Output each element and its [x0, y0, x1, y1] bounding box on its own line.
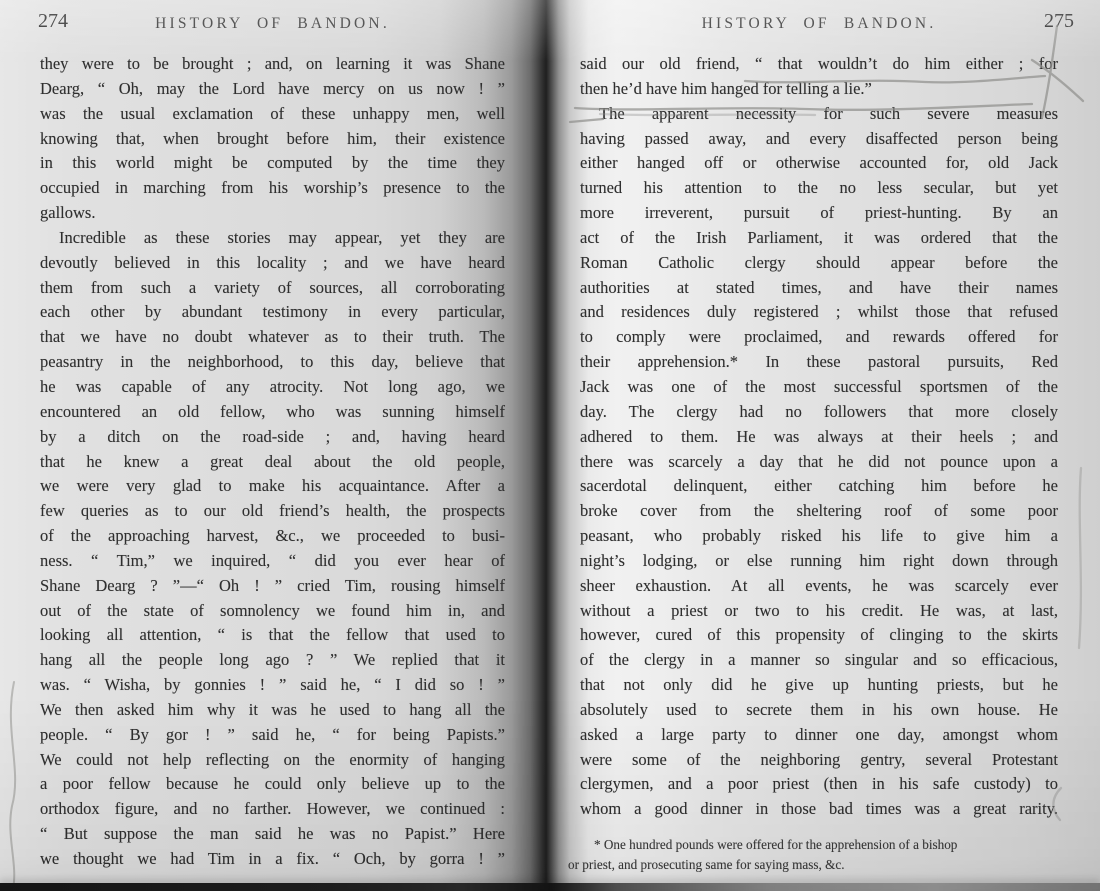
text-line: either hanged off or otherwise accounted… — [580, 151, 1058, 176]
text-line: however, cured of this propensity of cli… — [580, 623, 1058, 648]
text-line: orthodox figure, and no farther. However… — [40, 797, 505, 822]
footnote: * One hundred pounds were offered for th… — [580, 835, 1058, 874]
pencil-margin-line — [1079, 468, 1081, 648]
text-line: having passed away, and every disaffecte… — [580, 127, 1058, 152]
text-line: of the approaching harvest, &c., we proc… — [40, 524, 505, 549]
text-line: night’s lodging, or else running him rig… — [580, 549, 1058, 574]
text-line: encountered an old fellow, who was sunni… — [40, 400, 505, 425]
text-line: absolutely used to secrete them in his o… — [580, 698, 1058, 723]
page-text-right: said our old friend, “ that wouldn’t do … — [580, 52, 1058, 822]
text-line: knowing that, when brought before him, t… — [40, 127, 505, 152]
text-line: authorities at stated times, and have th… — [580, 276, 1058, 301]
text-line: was the usual exclamation of these unhap… — [40, 102, 505, 127]
book-spread: 274 HISTORY OF BANDON. they were to be b… — [0, 0, 1100, 891]
text-line: or priest, and prosecuting same for sayi… — [568, 855, 1058, 875]
text-line: Dearg, “ Oh, may the Lord have mercy on … — [40, 77, 505, 102]
text-line: that we have no doubt whatever as to the… — [40, 325, 505, 350]
text-line: hang all the people long ago ? ” We repl… — [40, 648, 505, 673]
text-line: whom a good dinner in those bad times wa… — [580, 797, 1058, 822]
text-line: adhered to them. He was always at their … — [580, 425, 1058, 450]
text-line: without a priest or two to his credit. H… — [580, 599, 1058, 624]
text-line: we were very glad to make his acquaintan… — [40, 474, 505, 499]
text-line: peasantry in the neighborhood, to this d… — [40, 350, 505, 375]
text-line: they were to be brought ; and, on learni… — [40, 52, 505, 77]
running-title-right: HISTORY OF BANDON. — [580, 15, 1058, 33]
text-line: more irreverent, pursuit of priest-hunti… — [580, 201, 1058, 226]
text-line: out of the state of somnolency we found … — [40, 599, 505, 624]
text-line: asked a large party to dinner one day, a… — [580, 723, 1058, 748]
text-line: said our old friend, “ that wouldn’t do … — [580, 52, 1058, 77]
text-line: Jack was one of the most successful spor… — [580, 375, 1058, 400]
running-title-left: HISTORY OF BANDON. — [40, 15, 505, 33]
text-line: to comply were proclaimed, and rewards o… — [580, 325, 1058, 350]
text-line: sheer exhaustion. At all events, he was … — [580, 574, 1058, 599]
text-line: that he knew a great deal about the old … — [40, 450, 505, 475]
text-line: broke cover from the sheltering roof of … — [580, 499, 1058, 524]
text-line: them from such a variety of sources, all… — [40, 276, 505, 301]
text-line: Roman Catholic clergy should appear befo… — [580, 251, 1058, 276]
text-line: “ But suppose the man said he was no Pap… — [40, 822, 505, 847]
text-line: each other by abundant testimony in ever… — [40, 300, 505, 325]
page-275: 275 HISTORY OF BANDON. said our old frie… — [545, 0, 1100, 891]
text-line: that not only did he give up hunting pri… — [580, 673, 1058, 698]
text-line: devoutly believed in this locality ; and… — [40, 251, 505, 276]
text-line: were some of the neighboring gentry, sev… — [580, 748, 1058, 773]
text-line: and residences duly registered ; whilst … — [580, 300, 1058, 325]
text-line: then he’d have him hanged for telling a … — [580, 77, 1058, 102]
text-line: there was scarcely a day that he did not… — [580, 450, 1058, 475]
text-line: in this world might be computed by the t… — [40, 151, 505, 176]
text-line: We could not help reflecting on the enor… — [40, 748, 505, 773]
text-line: We then asked him why it was he used to … — [40, 698, 505, 723]
text-line: by a ditch on the road-side ; and, havin… — [40, 425, 505, 450]
page-text-left: they were to be brought ; and, on learni… — [40, 52, 505, 872]
text-line: people. “ By gor ! ” said he, “ for bein… — [40, 723, 505, 748]
text-line: ness. “ Tim,” we inquired, “ did you eve… — [40, 549, 505, 574]
text-line: their apprehension.* In these pastoral p… — [580, 350, 1058, 375]
text-line: looking all attention, “ is that the fel… — [40, 623, 505, 648]
text-line: gallows. — [40, 201, 505, 226]
text-line: turned his attention to the no less secu… — [580, 176, 1058, 201]
scan-bottom-edge — [0, 883, 1100, 891]
text-line: of the clergy in a manner so singular an… — [580, 648, 1058, 673]
text-line: we thought we had Tim in a fix. “ Och, b… — [40, 847, 505, 872]
text-line: sacerdotal delinquent, either catching h… — [580, 474, 1058, 499]
page-274: 274 HISTORY OF BANDON. they were to be b… — [0, 0, 545, 891]
text-line: was. “ Wisha, by gonnies ! ” said he, “ … — [40, 673, 505, 698]
text-line: occupied in marching from his worship’s … — [40, 176, 505, 201]
text-line: act of the Irish Parliament, it was orde… — [580, 226, 1058, 251]
text-line: Shane Dearg ? ”—“ Oh ! ” cried Tim, rous… — [40, 574, 505, 599]
text-line: peasant, who probably risked his life to… — [580, 524, 1058, 549]
text-line: Incredible as these stories may appear, … — [40, 226, 505, 251]
text-line: clergymen, and a poor priest (then in hi… — [580, 772, 1058, 797]
text-line: few queries as to our old friend’s healt… — [40, 499, 505, 524]
text-line: he was capable of any atrocity. Not long… — [40, 375, 505, 400]
text-line: * One hundred pounds were offered for th… — [580, 835, 1058, 855]
text-line: The apparent necessity for such severe m… — [580, 102, 1058, 127]
text-line: a poor fellow because he could only beli… — [40, 772, 505, 797]
text-line: day. The clergy had no followers that mo… — [580, 400, 1058, 425]
